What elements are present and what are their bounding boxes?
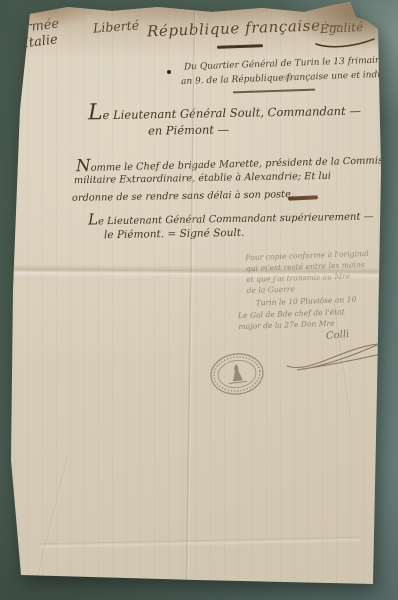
title-underline: [217, 44, 263, 49]
army-corner-line2: d'Italie: [11, 33, 58, 53]
certification-block: Pour copie conforme à l'original qui m'e…: [245, 248, 370, 296]
motto-egalite: Égalité: [320, 21, 364, 36]
diagonal-crease-left: [36, 454, 69, 581]
egalite-flourish-icon: [314, 36, 378, 50]
body-line2: militaire Extraordinaire, établie à Alex…: [74, 172, 331, 187]
dateline-underline: [233, 89, 315, 93]
attestation-block: Turin le 10 Pluviôse an 10 Le Gal de Bde…: [237, 294, 357, 333]
lower-crease-line: [40, 537, 360, 550]
addressee-line2: en Piémont —: [148, 123, 229, 137]
ink-dot: [167, 70, 171, 74]
addressee-line1: Le Lieutenant Général Soult, Commandant …: [88, 97, 361, 126]
body-line3: ordonne de se rendre sans délai à son po…: [72, 190, 294, 205]
vertical-fold-line: [185, 8, 197, 584]
document-photo: Armée d'Italie Liberté République frança…: [0, 0, 398, 600]
document-paper: Armée d'Italie Liberté République frança…: [0, 0, 398, 600]
closing-line1: Le Lieutenant Général Commandant supérie…: [88, 207, 374, 228]
motto-liberte: Liberté: [93, 18, 140, 35]
dateline-line2: an 9. de la République française une et …: [181, 70, 398, 88]
paper-shadow-wrap: Armée d'Italie Liberté République frança…: [0, 0, 398, 600]
oval-ink-stamp: [206, 349, 269, 400]
document-title: République française —: [147, 17, 342, 40]
closing-line2: le Piémont. = Signé Soult.: [104, 228, 245, 242]
signature-flourish-icon: [283, 340, 383, 374]
body-end-dash: [288, 195, 318, 201]
